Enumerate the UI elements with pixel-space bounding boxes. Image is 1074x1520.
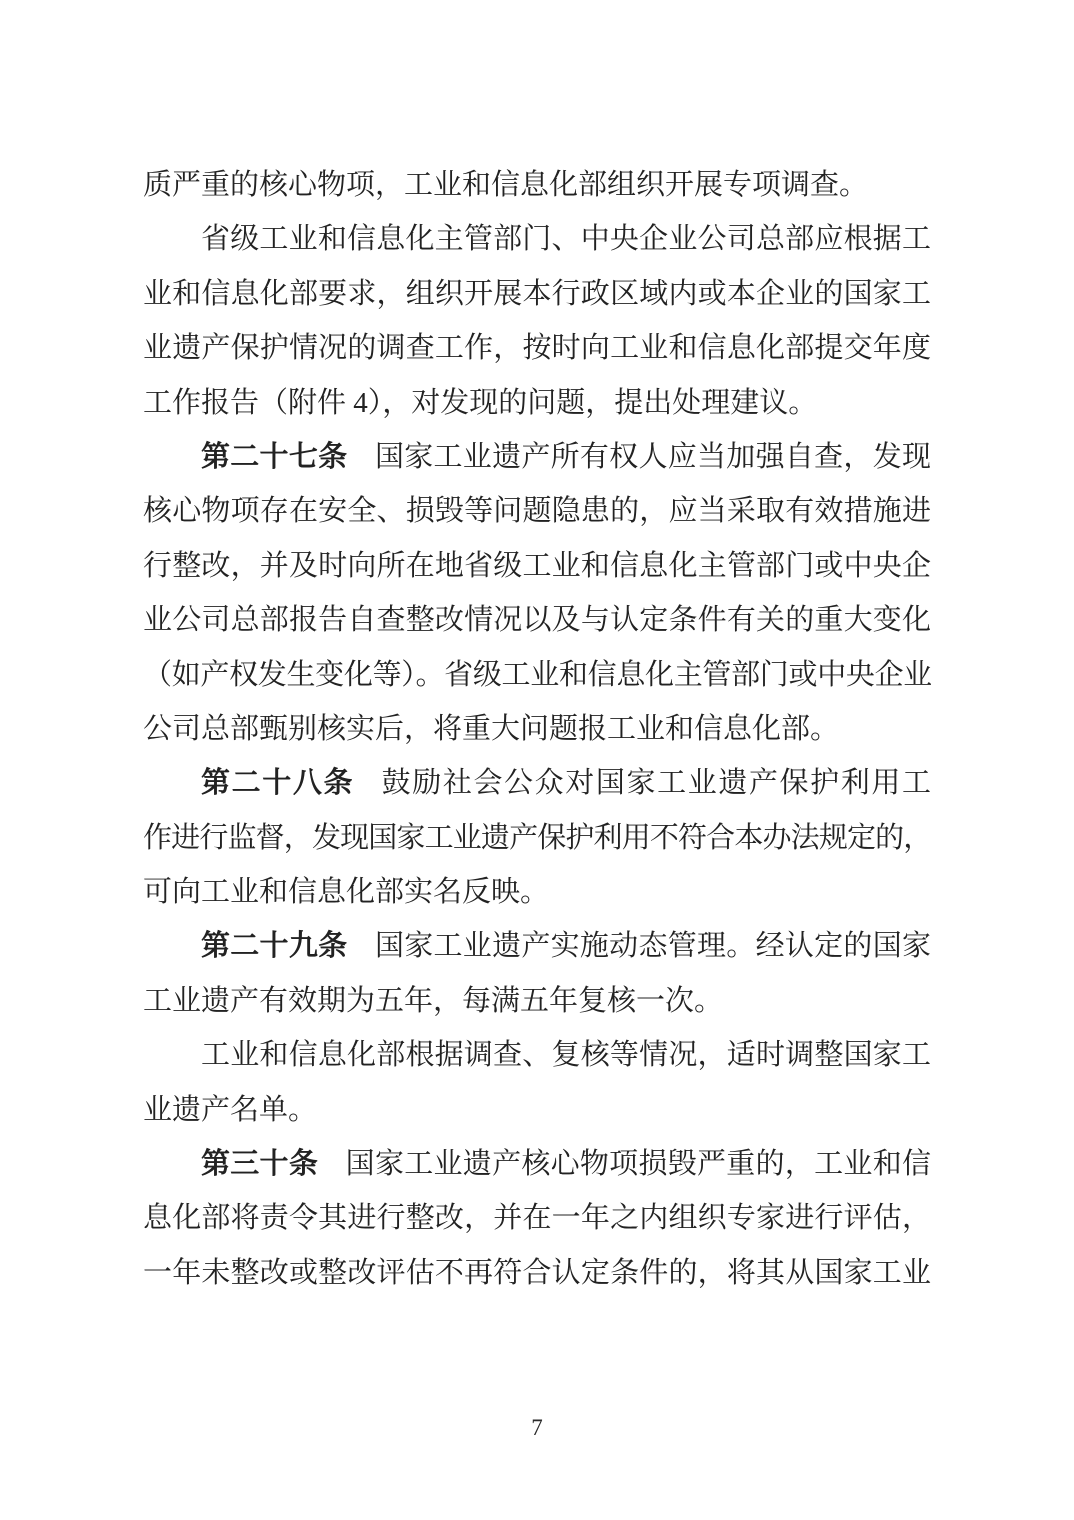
article-number: 第二十七条 [201,441,347,473]
page-number: 7 [531,1415,543,1440]
text-line: 行整改，并及时向所在地省级工业和信息化主管部门或中央企 [143,539,931,593]
page-footer: 7 [0,1415,1074,1441]
text-line: 业公司总部报告自查整改情况以及与认定条件有关的重大变化 [143,593,931,647]
document-page: 质严重的核心物项，工业和信息化部组织开展专项调查。 省级工业和信息化主管部门、中… [0,0,1074,1520]
text-line: 业遗产保护情况的调查工作，按时向工业和信息化部提交年度 [143,321,931,375]
text-line: 一年未整改或整改评估不再符合认定条件的，将其从国家工业 [143,1246,931,1300]
text-line: 第二十八条鼓励社会公众对国家工业遗产保护利用工 [143,756,931,810]
text-line: 工业遗产有效期为五年，每满五年复核一次。 [143,974,931,1028]
article-number: 第二十八条 [201,767,354,799]
text-line: 质严重的核心物项，工业和信息化部组织开展专项调查。 [143,158,931,212]
text-line: （如产权发生变化等）。省级工业和信息化主管部门或中央企业 [143,648,931,702]
article-number: 第三十条 [201,1148,318,1180]
text-line: 公司总部甄别核实后，将重大问题报工业和信息化部。 [143,702,931,756]
article-number: 第二十九条 [201,930,347,962]
text-line: 可向工业和信息化部实名反映。 [143,865,931,919]
document-body: 质严重的核心物项，工业和信息化部组织开展专项调查。 省级工业和信息化主管部门、中… [143,158,931,1300]
text-line: 工业和信息化部根据调查、复核等情况，适时调整国家工 [143,1028,931,1082]
text-line: 业遗产名单。 [143,1083,931,1137]
text-line: 工作报告（附件 4），对发现的问题，提出处理建议。 [143,376,931,430]
line-text: 国家工业遗产所有权人应当加强自查，发现 [375,441,931,473]
line-text: 鼓励社会公众对国家工业遗产保护利用工 [382,767,931,799]
text-line: 省级工业和信息化主管部门、中央企业公司总部应根据工 [143,212,931,266]
text-line: 第三十条国家工业遗产核心物项损毁严重的，工业和信 [143,1137,931,1191]
line-text: 国家工业遗产实施动态管理。经认定的国家 [375,930,931,962]
text-line: 息化部将责令其进行整改，并在一年之内组织专家进行评估， [143,1191,931,1245]
text-line: 第二十七条国家工业遗产所有权人应当加强自查，发现 [143,430,931,484]
text-line: 业和信息化部要求，组织开展本行政区域内或本企业的国家工 [143,267,931,321]
line-text: 国家工业遗产核心物项损毁严重的，工业和信 [346,1148,931,1180]
text-line: 核心物项存在安全、损毁等问题隐患的，应当采取有效措施进 [143,484,931,538]
text-line: 作进行监督，发现国家工业遗产保护利用不符合本办法规定的， [143,811,931,865]
text-line: 第二十九条国家工业遗产实施动态管理。经认定的国家 [143,919,931,973]
